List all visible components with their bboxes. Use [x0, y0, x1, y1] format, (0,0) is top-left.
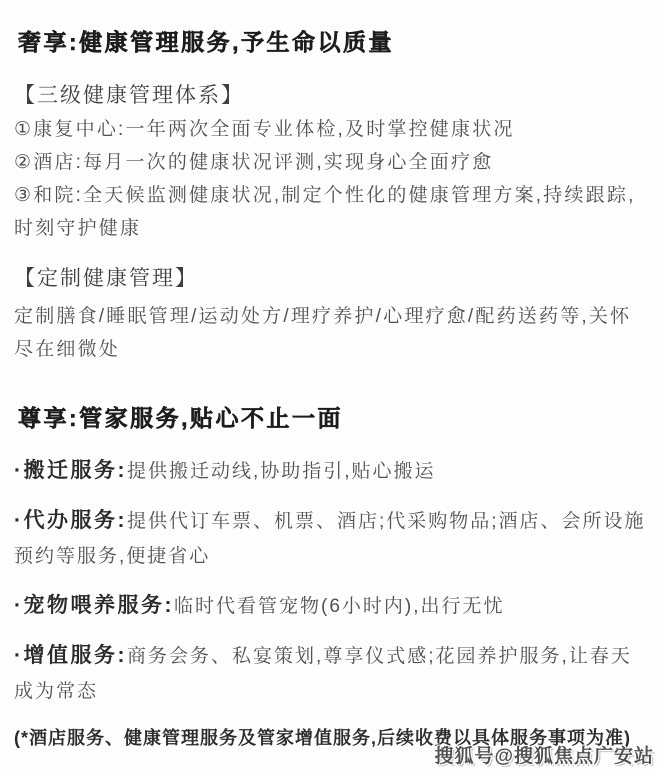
- service-item-value-added: ·增值服务:商务会务、私宴策划,尊享仪式感;花园养护服务,让春天成为常态: [14, 639, 646, 710]
- bullet-dot: ·: [14, 644, 24, 667]
- service-description: 临时代看管宠物(6小时内),出行无忧: [174, 596, 505, 617]
- article-page: 奢享:健康管理服务,予生命以质量 【三级健康管理体系】 ①康复中心:一年两次全面…: [0, 0, 660, 772]
- bullet-dot: ·: [14, 509, 24, 532]
- tier-item-rehab-center: ①康复中心:一年两次全面专业体检,及时掌控健康状况: [14, 113, 646, 146]
- tier-list: ①康复中心:一年两次全面专业体检,及时掌控健康状况 ②酒店:每月一次的健康状况评…: [14, 113, 646, 245]
- bullet-dot: ·: [14, 459, 24, 482]
- service-description: 提供搬迁动线,协助指引,贴心搬运: [127, 461, 436, 482]
- service-item-pet-care: ·宠物喂养服务:临时代看管宠物(6小时内),出行无忧: [14, 589, 646, 625]
- health-section-title: 奢享:健康管理服务,予生命以质量: [14, 28, 646, 56]
- bullet-dot: ·: [14, 594, 24, 617]
- custom-health-body: 定制膳食/睡眠管理/运动处方/理疗养护/心理疗愈/配药送药等,关怀尽在细微处: [14, 300, 646, 366]
- tier-item-heyuan: ③和院:全天候监测健康状况,制定个性化的健康管理方案,持续跟踪,时刻守护健康: [14, 179, 646, 245]
- service-item-errand: ·代办服务:提供代订车票、机票、酒店;代采购物品;酒店、会所设施预约等服务,便捷…: [14, 504, 646, 575]
- service-item-relocation: ·搬迁服务:提供搬迁动线,协助指引,贴心搬运: [14, 454, 646, 490]
- butler-service-list: ·搬迁服务:提供搬迁动线,协助指引,贴心搬运 ·代办服务:提供代订车票、机票、酒…: [14, 454, 646, 710]
- service-label: 宠物喂养服务:: [24, 594, 175, 617]
- tier-item-hotel: ②酒店:每月一次的健康状况评测,实现身心全面疗愈: [14, 146, 646, 179]
- tier-system-header: 【三级健康管理体系】: [14, 82, 646, 109]
- custom-health-header: 【定制健康管理】: [14, 265, 646, 292]
- butler-section-title: 尊享:管家服务,贴心不止一面: [14, 404, 646, 432]
- service-label: 代办服务:: [24, 509, 128, 532]
- sohu-watermark: 搜狐号@搜狐焦点广安站: [434, 741, 654, 768]
- service-label: 搬迁服务:: [24, 459, 128, 482]
- service-label: 增值服务:: [24, 644, 128, 667]
